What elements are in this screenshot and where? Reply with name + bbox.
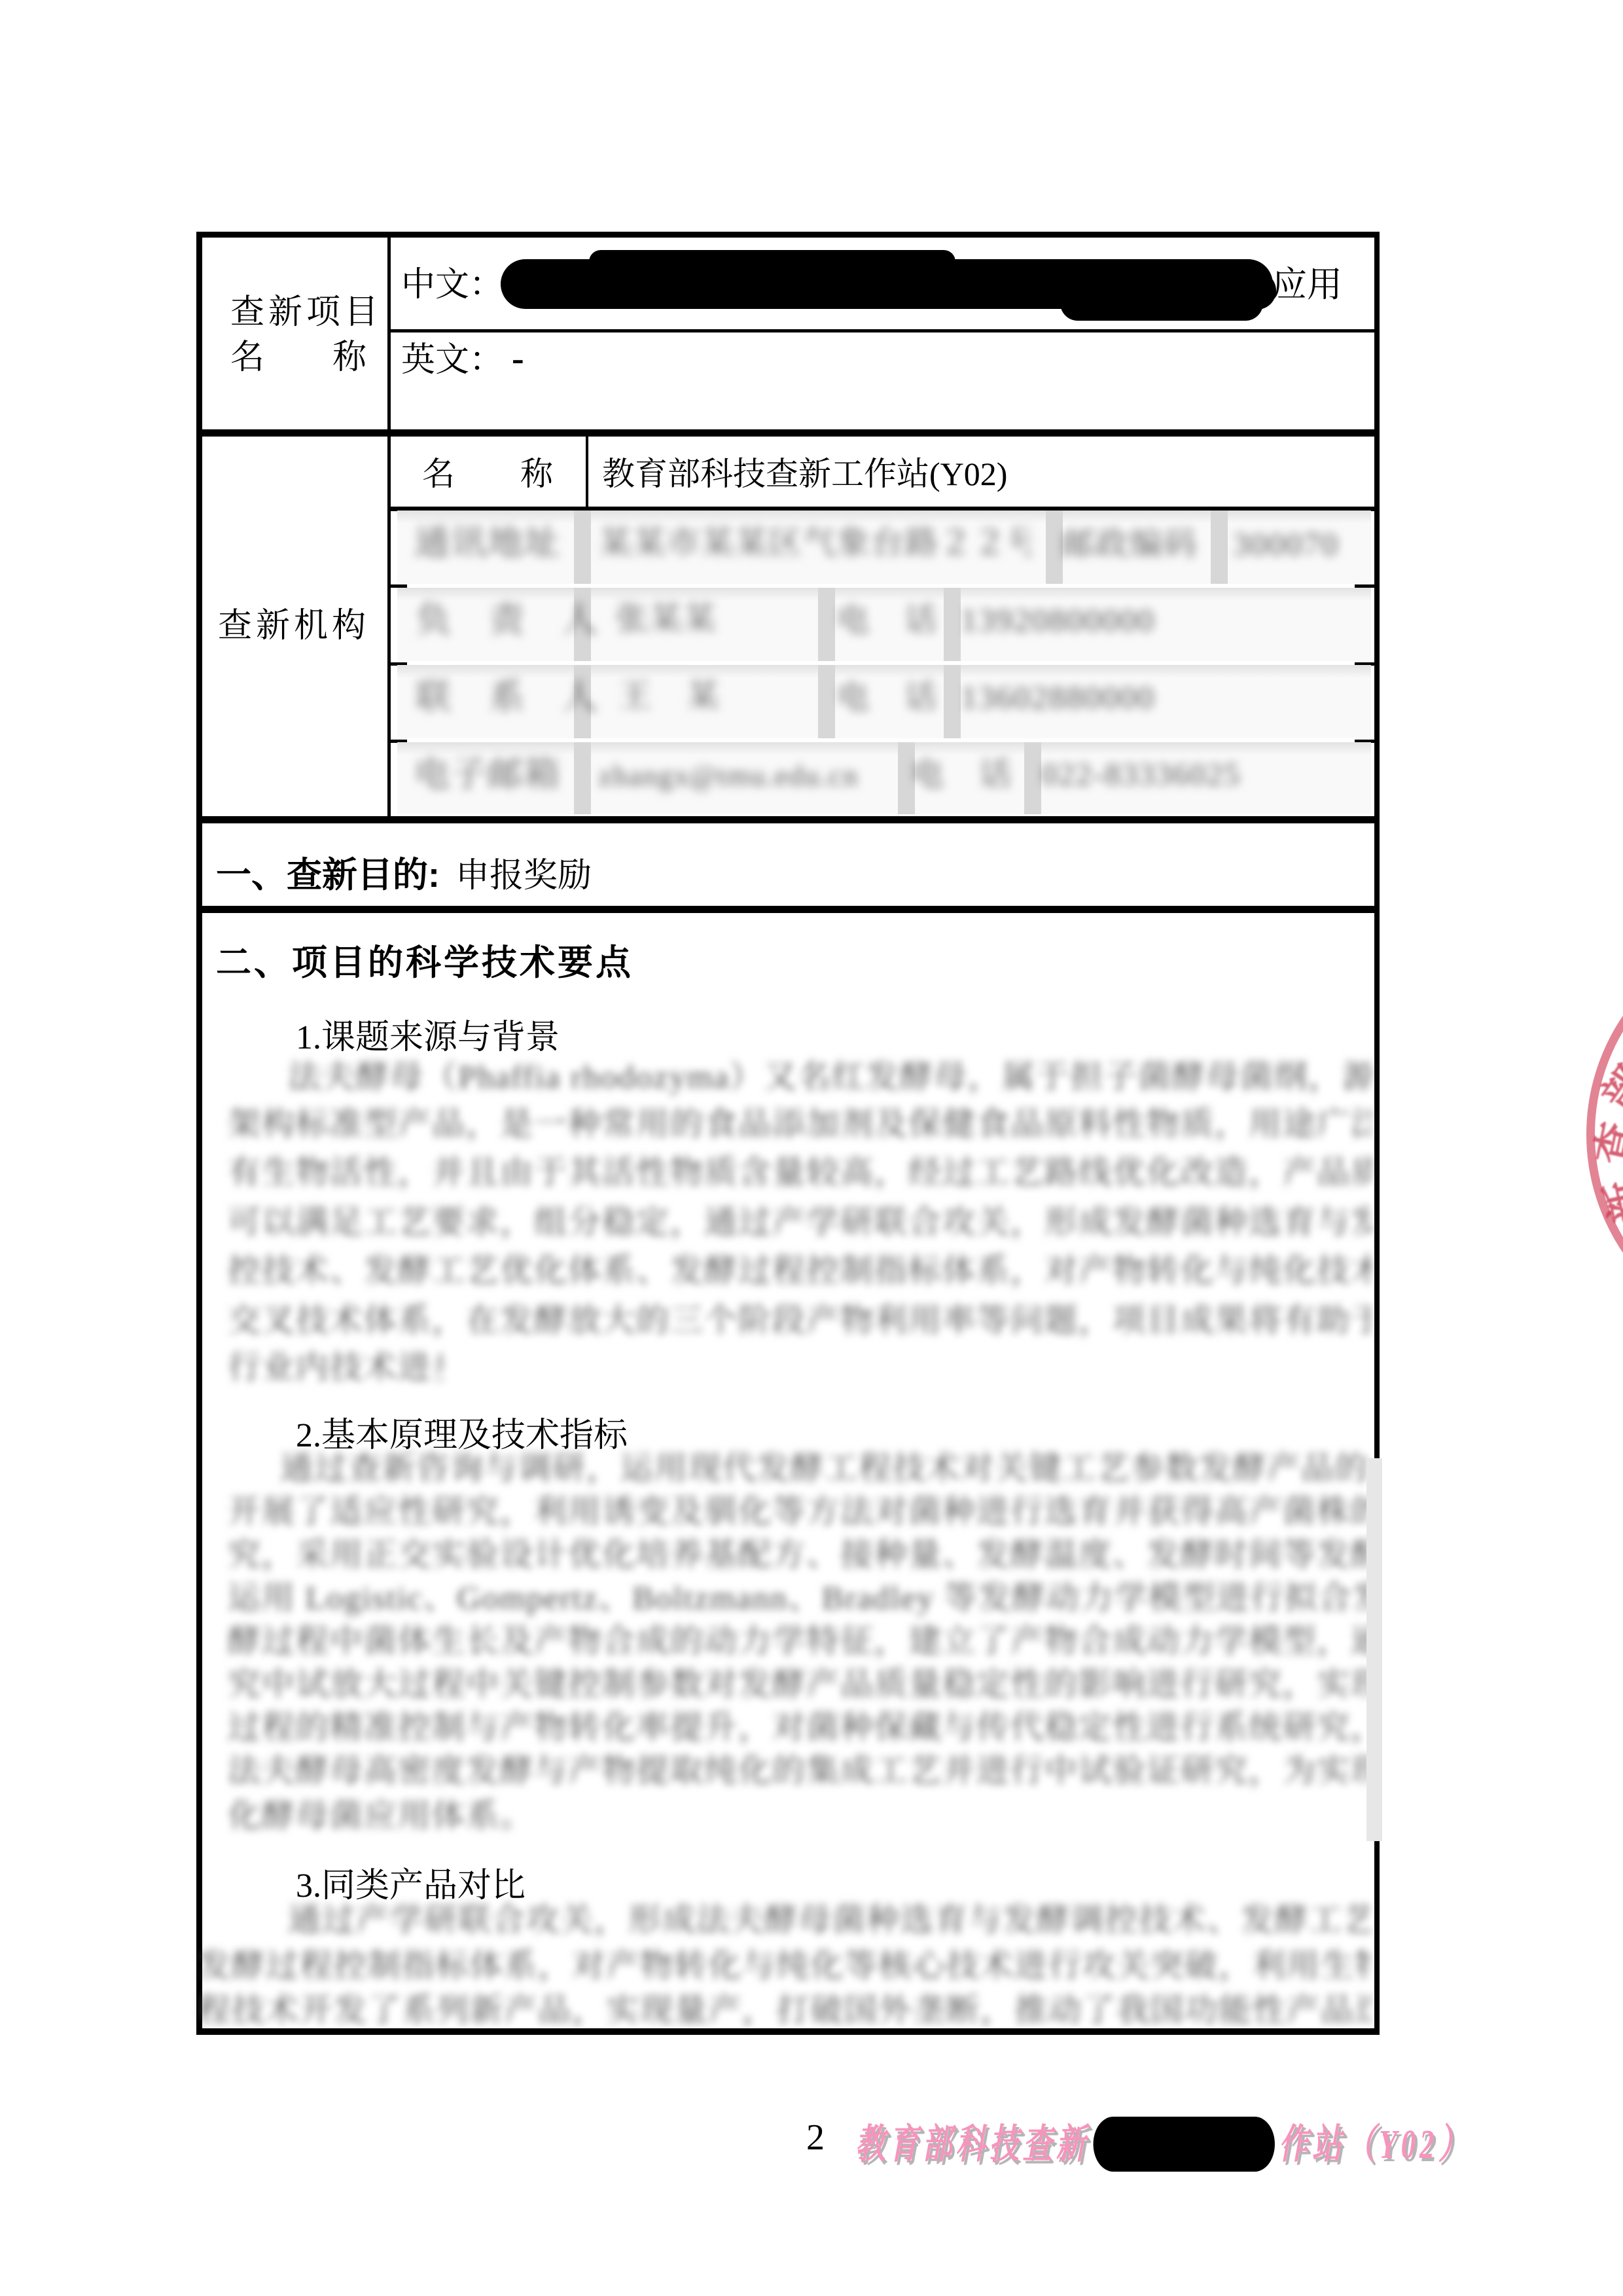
principal-name-blurred: 张某某 (615, 601, 717, 637)
blurred-paragraph-line: 通过查新咨询与调研，运用现代发酵工程技术对关键工艺参数发酵产品的研究 (280, 1450, 1370, 1486)
contact-name-blurred: 王 某 (618, 678, 721, 714)
org-name-value: 教育部科技查新工作站(Y02) (602, 456, 1007, 493)
blur-cell-divider (944, 588, 961, 661)
footer-mark-prefix: 教育部科技查新 (855, 2123, 1090, 2167)
label-column-divider (387, 232, 391, 818)
blur-cell-divider (1046, 511, 1063, 584)
blurred-paragraph-line: 通过产学研联合攻关，形成法夫酵母菌种选育与发酵调控技术、发酵工艺优化、 (288, 1902, 1371, 1938)
blurred-paragraph-line: 运用 Logistic、Gompertz、Boltzmann、Bradley 等… (228, 1580, 1372, 1616)
blur-cell-divider (944, 665, 961, 738)
english-title-label: 英文： (401, 341, 503, 380)
blur-cell-divider (818, 588, 835, 661)
blurred-paragraph-line: 法夫酵母高密度发酵与产物提取纯化的集成工艺并进行中试验证研究，为实现工业 (228, 1753, 1372, 1789)
blurred-paragraph-line: 程技术开发了系列新产品，实现量产，打破国外垄断，推动了我国功能性产品迭代 (198, 1992, 1370, 2028)
contact-label-blurred: 联 系 人 (416, 678, 599, 717)
footer-mark-suffix: 作站（Y02） (1279, 2123, 1472, 2167)
address-label-blurred: 通讯地址 (414, 524, 561, 562)
purpose-label: 一、查新目的: (216, 855, 440, 895)
email-phone-label-blurred: 电 话 (911, 757, 1013, 793)
postal-value-blurred: 300070 (1233, 526, 1339, 562)
blur-halo-contact-row (397, 665, 1371, 678)
principal-phone-label-blurred: 电 话 (836, 602, 938, 638)
project-name-label-line2: 名 称 (230, 338, 366, 378)
blurred-paragraph-line: 行业内技术进步。 (228, 1350, 444, 1386)
purpose-value: 申报奖励 (455, 857, 592, 895)
blurred-paragraph-line: 化酵母菌应用体系。 (228, 1798, 516, 1834)
project-name-label-line1: 查新项目 (230, 293, 382, 332)
chinese-title-visible-suffix: 应用 (1272, 264, 1342, 305)
blurred-paragraph-line: 有生物活性，并且由于其活性物质含量较高，经过工艺路线优化改造，产品质量一般 (228, 1155, 1372, 1191)
principal-label-blurred: 负 责 人 (416, 601, 599, 639)
email-value-blurred: zhangx@tmu.edu.cn (599, 761, 859, 792)
blur-artifact-strip (1366, 1458, 1382, 1841)
chinese-title-redaction-tail (1230, 272, 1276, 310)
blurred-paragraph-line: 交叉技术体系，在发酵放大的三个阶段产物利用率等问题，项目成果将有助于实现 (228, 1302, 1372, 1338)
principal-phone-blurred: 13920800000 (961, 602, 1155, 638)
table-border-left (196, 232, 202, 2035)
blurred-paragraph-line: 架构标准型产品，是一种常用的食品添加剂及保健食品原料性物质，用途广泛，具 (228, 1106, 1372, 1142)
chinese-title-redaction-edge-top (589, 250, 955, 274)
blurred-paragraph-line: 究中试放大过程中关键控制参数对发酵产品质量稳定性的影响进行研究，实现发酵 (228, 1666, 1372, 1702)
blurred-paragraph-line: 可以满足工艺要求，组分稳定，通过产学研联合攻关，形成发酵菌种选育与发酵调 (228, 1204, 1372, 1240)
blurred-paragraph-line: 究，采用正交实验设计优化培养基配方、接种量、发酵温度、发酵时间等发酵工艺， (228, 1537, 1372, 1573)
report-page: 查新项目 名 称 中文： 应用 英文： - 查新机构 名 称 教育部科技查新工作… (0, 0, 1623, 2296)
contact-phone-label-blurred: 电 话 (836, 679, 938, 715)
table-border-top (196, 232, 1380, 238)
contact-phone-blurred: 13602880000 (961, 679, 1155, 715)
blur-halo-email-row (397, 742, 1371, 755)
blur-cell-divider (818, 665, 835, 738)
email-phone-blurred: 022-83336025 (1042, 758, 1241, 793)
page-number: 2 (806, 2117, 825, 2159)
blur-cell-divider (574, 742, 591, 814)
section-divider-2 (196, 816, 1380, 823)
blur-cell-divider (1024, 742, 1041, 814)
table-border-bottom (196, 2028, 1380, 2035)
chinese-title-label: 中文： (401, 266, 503, 305)
address-value-blurred: 某某市某某区气象台路２２号 (599, 525, 1031, 561)
english-title-value: - (512, 338, 524, 380)
blurred-paragraph-line: 发酵过程控制指标体系，对产物转化与纯化等核心技术进行攻关突破，利用生物工 (198, 1948, 1370, 1984)
tech-points-heading: 二、项目的科学技术要点 (216, 935, 633, 985)
org-name-cell-divider (586, 437, 588, 509)
blurred-paragraph-line: 开展了适应性研究，利用诱变及驯化等方法对菌种进行选育并获得高产菌株的研 (228, 1494, 1372, 1530)
section-divider-3 (196, 906, 1380, 913)
cn-en-row-divider (387, 329, 1380, 332)
footer-redaction-blob (1094, 2117, 1275, 2172)
org-name-label: 名 称 (422, 456, 553, 493)
subsection-3-heading: 3.同类产品对比 (296, 1857, 526, 1907)
blur-halo-principal-row (397, 588, 1371, 601)
purpose-line: 一、查新目的: 申报奖励 (216, 847, 592, 897)
seal-character: 查 (1577, 1116, 1623, 1170)
subsection-1-heading: 1.课题来源与背景 (296, 1009, 560, 1058)
section-divider-1 (196, 429, 1380, 437)
org-label: 查新机构 (218, 607, 370, 646)
postal-label-blurred: 邮政编码 (1061, 526, 1198, 562)
blurred-paragraph-line: 酵过程中菌体生长及产物合成的动力学特征，建立了产物合成动力学模型，通过研 (228, 1623, 1372, 1659)
subsection-2-heading: 2.基本原理及技术指标 (296, 1407, 628, 1456)
blur-cell-divider (1211, 511, 1228, 584)
blurred-paragraph-line: 控技术、发酵工艺优化体系、发酵过程控制指标体系，对产物转化与纯化技术进行 (228, 1253, 1372, 1289)
blur-cell-divider (574, 511, 591, 584)
blurred-paragraph-line: 过程的精准控制与产物转化率提升，对菌种保藏与传代稳定性进行系统研究，完成 (228, 1710, 1372, 1746)
blurred-paragraph-line: 法夫酵母（Phaffia rhodozyma）又名红发酵母，属于担子菌酵母菌纲，… (288, 1059, 1371, 1095)
email-label-blurred: 电子邮箱 (414, 755, 561, 794)
footer-workstation-mark: 教育部科技查新作站（Y02） (855, 2111, 1472, 2181)
